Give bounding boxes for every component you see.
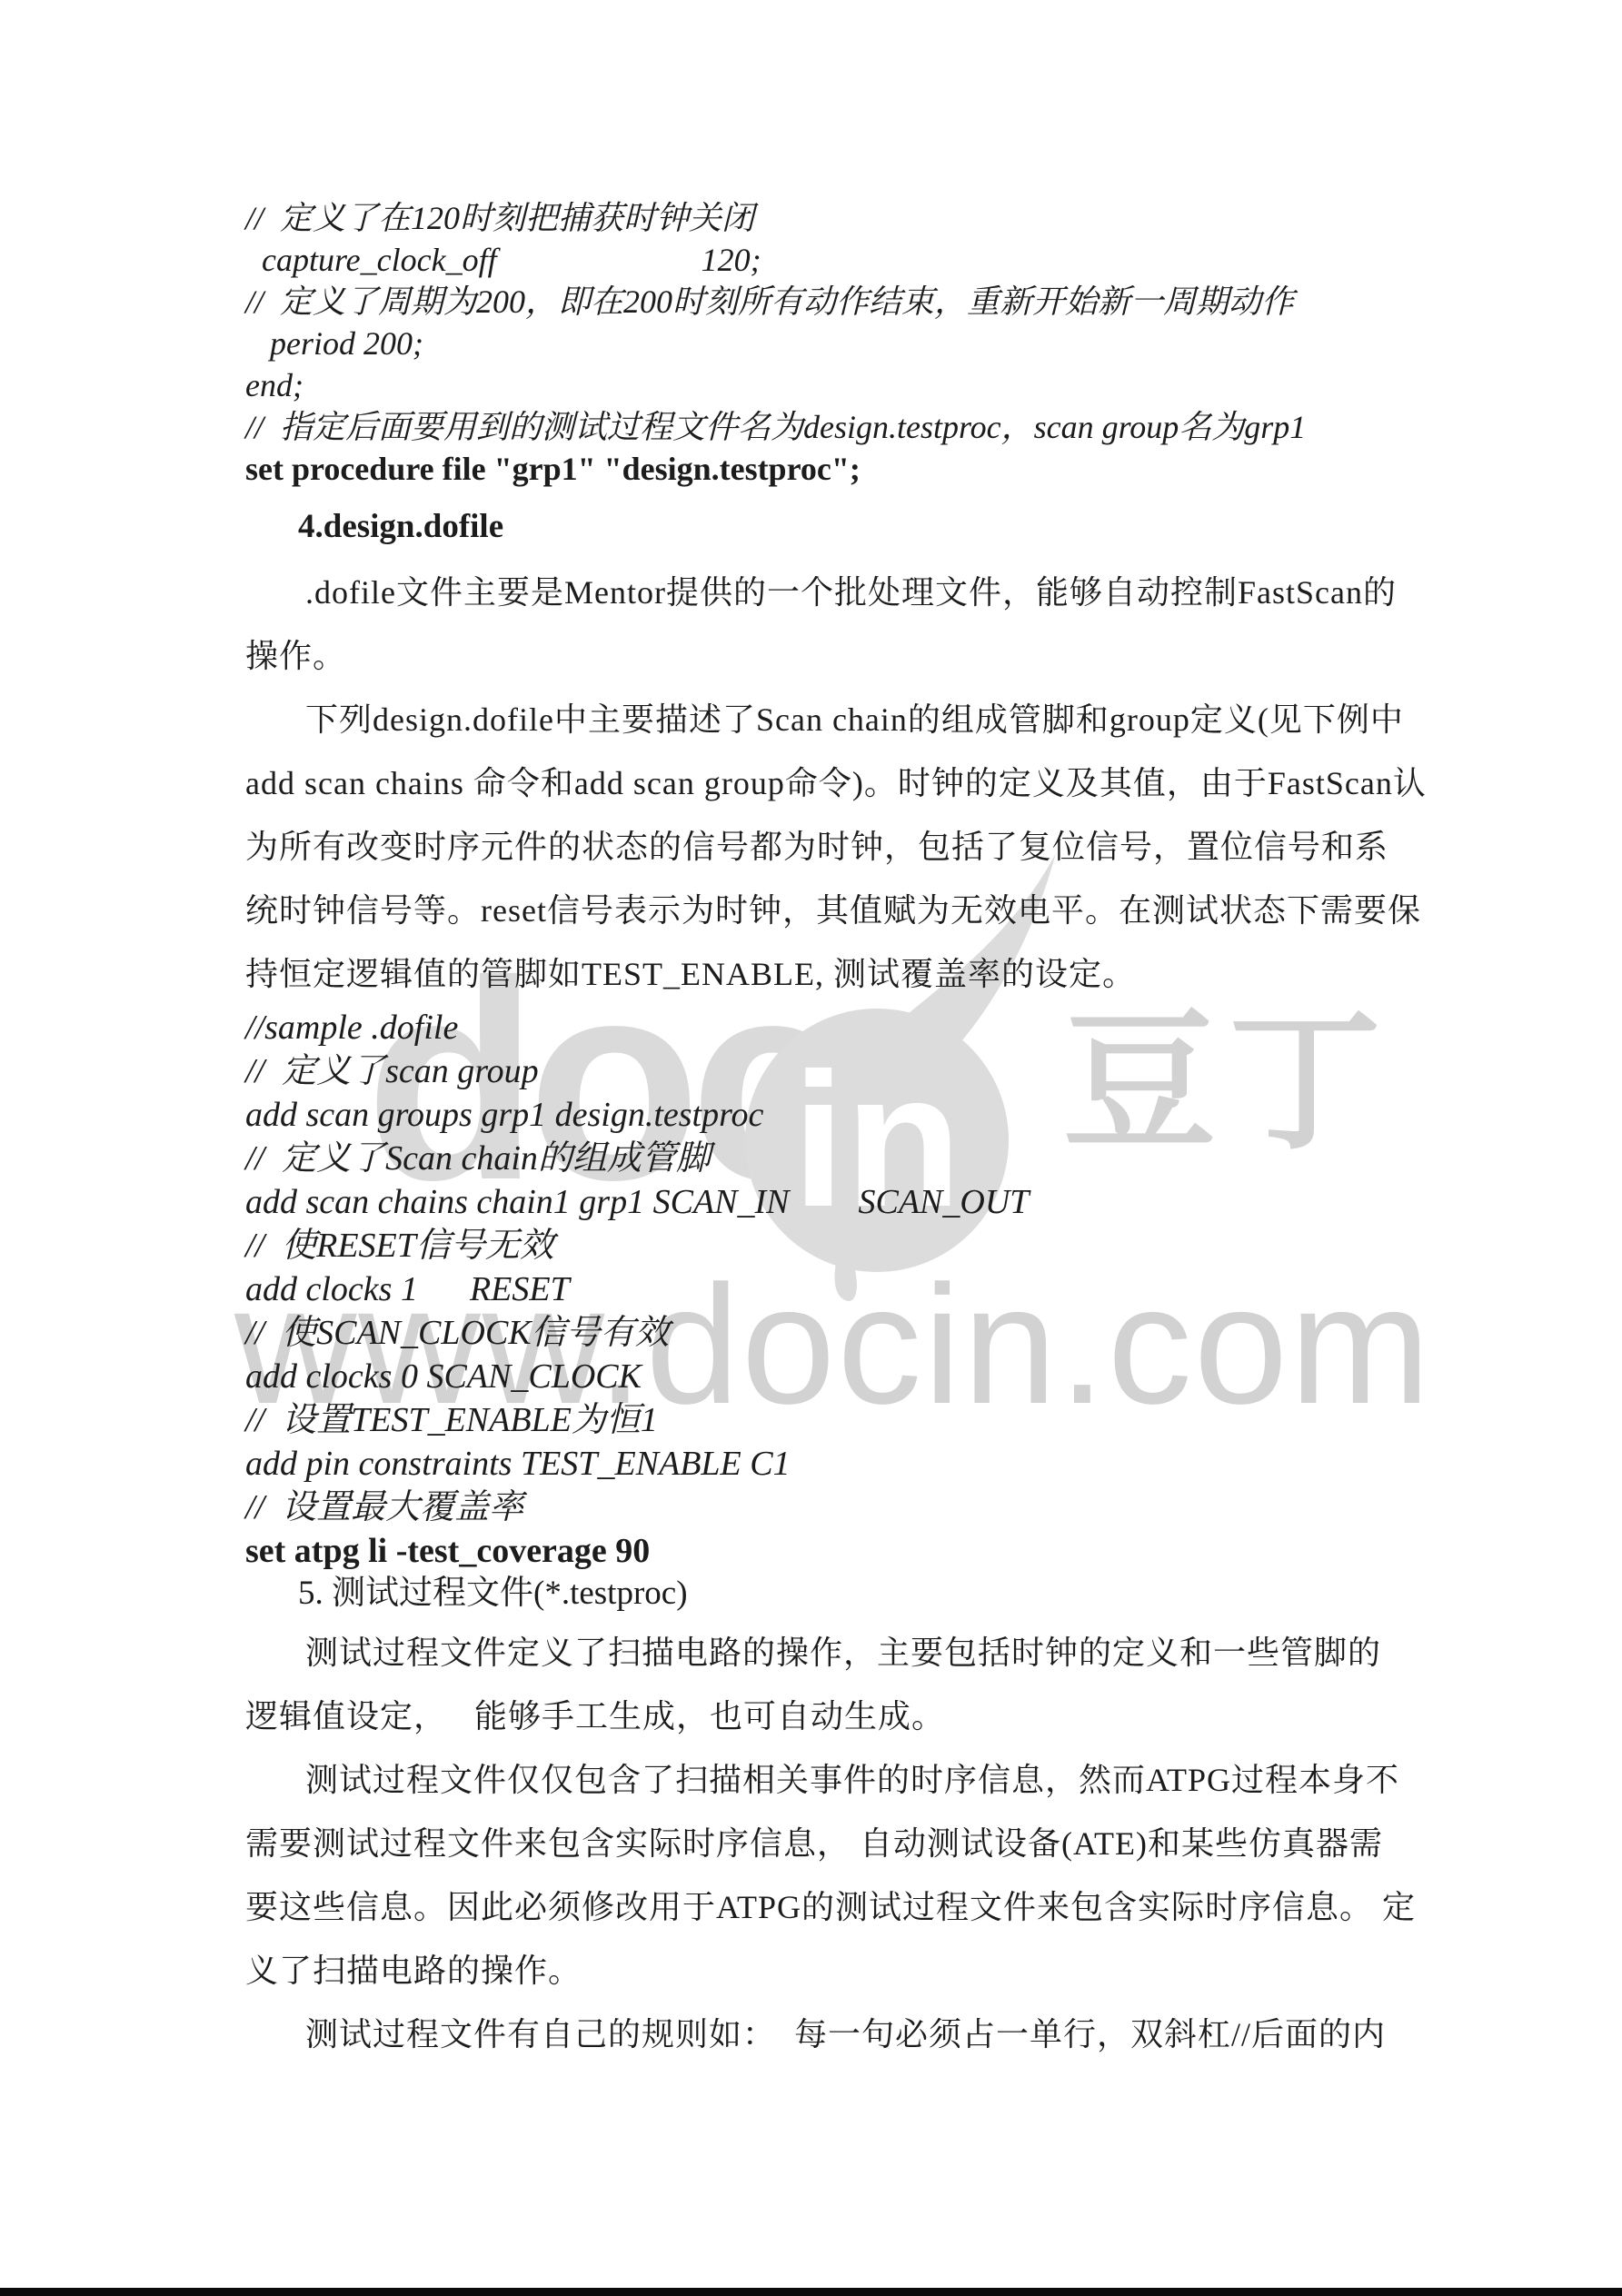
text-line: add clocks 0 SCAN_CLOCK — [245, 1355, 1486, 1398]
text-line: // 定义了在120时刻把捕获时钟关闭 — [245, 197, 1486, 239]
text-line: add scan chains chain1 grp1 SCAN_IN SCAN… — [245, 1180, 1486, 1224]
page-root: { "watermark": { "doc_text": "doc", "in_… — [0, 0, 1622, 2296]
text-line: // 使SCAN_CLOCK信号有效 — [245, 1311, 1486, 1355]
text-line: 要这些信息。因此必须修改用于ATPG的测试过程文件来包含实际时序信息。 定 — [245, 1875, 1486, 1939]
text-line: 统时钟信号等。reset信号表示为时钟，其值赋为无效电平。在测试状态下需要保 — [245, 879, 1486, 942]
text-line: // 设置最大覆盖率 — [245, 1486, 1486, 1529]
text-line: // 定义了周期为200，即在200时刻所有动作结束，重新开始新一周期动作 — [245, 281, 1486, 323]
text-line: 5. 测试过程文件(*.testproc) — [245, 1573, 1486, 1615]
text-line: // 定义了scan group — [245, 1049, 1486, 1093]
text-line: 逻辑值设定， 能够手工生成，也可自动生成。 — [245, 1685, 1486, 1748]
text-line: 测试过程文件仅仅包含了扫描相关事件的时序信息，然而ATPG过程本身不 — [245, 1748, 1486, 1812]
text-line: .dofile文件主要是Mentor提供的一个批处理文件，能够自动控制FastS… — [245, 561, 1486, 624]
text-line: 操作。 — [245, 624, 1486, 688]
text-line: set procedure file "grp1" "design.testpr… — [245, 448, 1486, 490]
document-body: // 定义了在120时刻把捕获时钟关闭 capture_clock_off 12… — [0, 0, 1622, 2066]
text-line: 下列design.dofile中主要描述了Scan chain的组成管脚和gro… — [245, 688, 1486, 751]
text-line: 持恒定逻辑值的管脚如TEST_ENABLE, 测试覆盖率的设定。 — [245, 942, 1486, 1006]
text-line: add scan groups grp1 design.testproc — [245, 1093, 1486, 1137]
page-bottom-edge — [0, 2288, 1622, 2296]
text-line: set atpg li -test_coverage 90 — [245, 1529, 1486, 1573]
text-line: 测试过程文件有自己的规则如： 每一句必须占一单行，双斜杠//后面的内 — [245, 2003, 1486, 2066]
text-line: add clocks 1 RESET — [245, 1267, 1486, 1311]
text-line: // 定义了Scan chain的组成管脚 — [245, 1137, 1486, 1180]
text-line: //sample .dofile — [245, 1006, 1486, 1049]
text-line: // 指定后面要用到的测试过程文件名为design.testproc，scan … — [245, 406, 1486, 448]
text-line: 4.design.dofile — [245, 506, 1486, 548]
text-line: add scan chains 命令和add scan group命令)。时钟的… — [245, 751, 1486, 815]
text-line: end; — [245, 364, 1486, 406]
text-line: 需要测试过程文件来包含实际时序信息， 自动测试设备(ATE)和某些仿真器需 — [245, 1812, 1486, 1875]
text-line: period 200; — [245, 323, 1486, 364]
text-line: // 设置TEST_ENABLE为恒1 — [245, 1398, 1486, 1442]
text-line: 义了扫描电路的操作。 — [245, 1939, 1486, 2003]
text-line: add pin constraints TEST_ENABLE C1 — [245, 1442, 1486, 1486]
text-line: capture_clock_off 120; — [245, 239, 1486, 281]
text-line: 测试过程文件定义了扫描电路的操作，主要包括时钟的定义和一些管脚的 — [245, 1621, 1486, 1685]
text-line: 为所有改变时序元件的状态的信号都为时钟，包括了复位信号，置位信号和系 — [245, 815, 1486, 879]
text-line: // 使RESET信号无效 — [245, 1224, 1486, 1267]
